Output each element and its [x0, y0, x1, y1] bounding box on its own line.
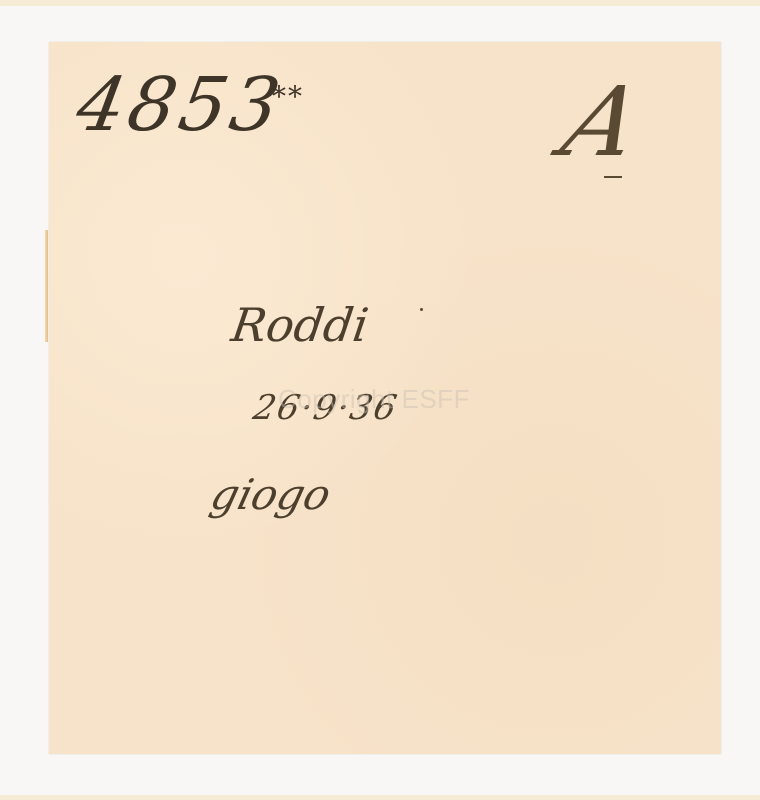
place-text: giogo [206, 470, 336, 519]
date-text: 26·9·36 [250, 388, 402, 428]
catalog-marks: ** [272, 80, 304, 113]
catalog-number: 4853 [70, 62, 289, 148]
location-text: Roddi [228, 298, 372, 352]
ink-dot [420, 308, 423, 311]
grade-underline [604, 176, 622, 178]
paper-fold-edge [45, 230, 48, 342]
bottom-edge-strip [0, 795, 760, 800]
